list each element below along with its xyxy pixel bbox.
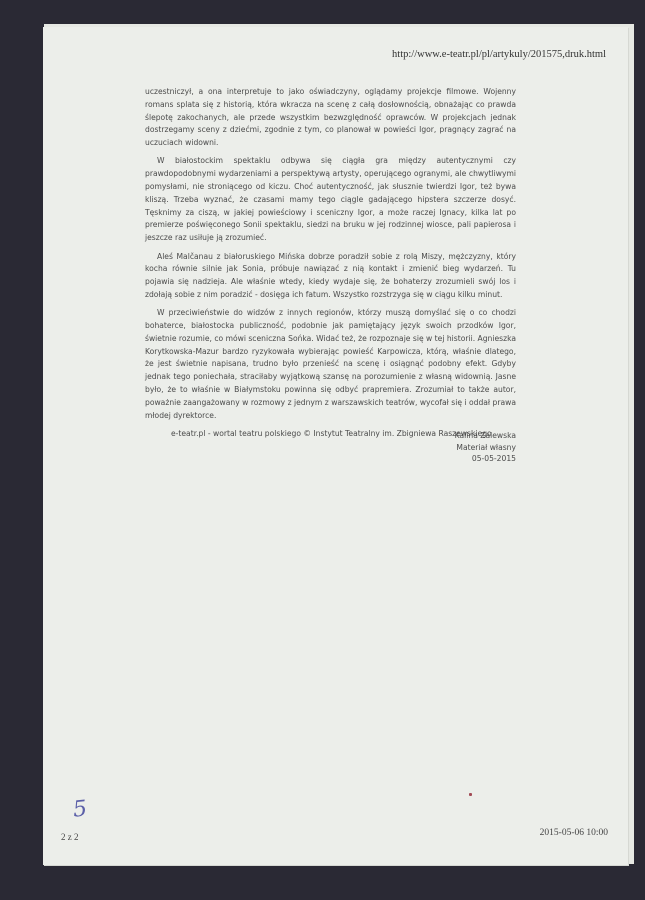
handwritten-number: 5: [72, 796, 89, 822]
article-paragraph: W białostockim spektaklu odbywa się ciąg…: [145, 155, 516, 245]
copyright-line: e-teatr.pl - wortal teatru polskiego © I…: [171, 429, 492, 438]
ink-dot: [469, 793, 472, 796]
article-body: uczestniczył, a ona interpretuje to jako…: [145, 86, 516, 465]
article-paragraph: W przeciwieństwie do widzów z innych reg…: [145, 307, 516, 422]
article-paragraph: uczestniczył, a ona interpretuje to jako…: [145, 86, 516, 150]
page-url: http://www.e-teatr.pl/pl/artykuly/201575…: [392, 49, 606, 60]
source-label: Materiał własny: [145, 442, 516, 454]
article-paragraph: Aleś Malčanau z białoruskiego Mińska dob…: [145, 251, 516, 302]
printed-page: http://www.e-teatr.pl/pl/artykuly/201575…: [43, 27, 628, 865]
article-date: 05-05-2015: [145, 453, 516, 465]
page-number: 2 z 2: [61, 832, 79, 842]
print-timestamp: 2015-05-06 10:00: [540, 828, 608, 838]
